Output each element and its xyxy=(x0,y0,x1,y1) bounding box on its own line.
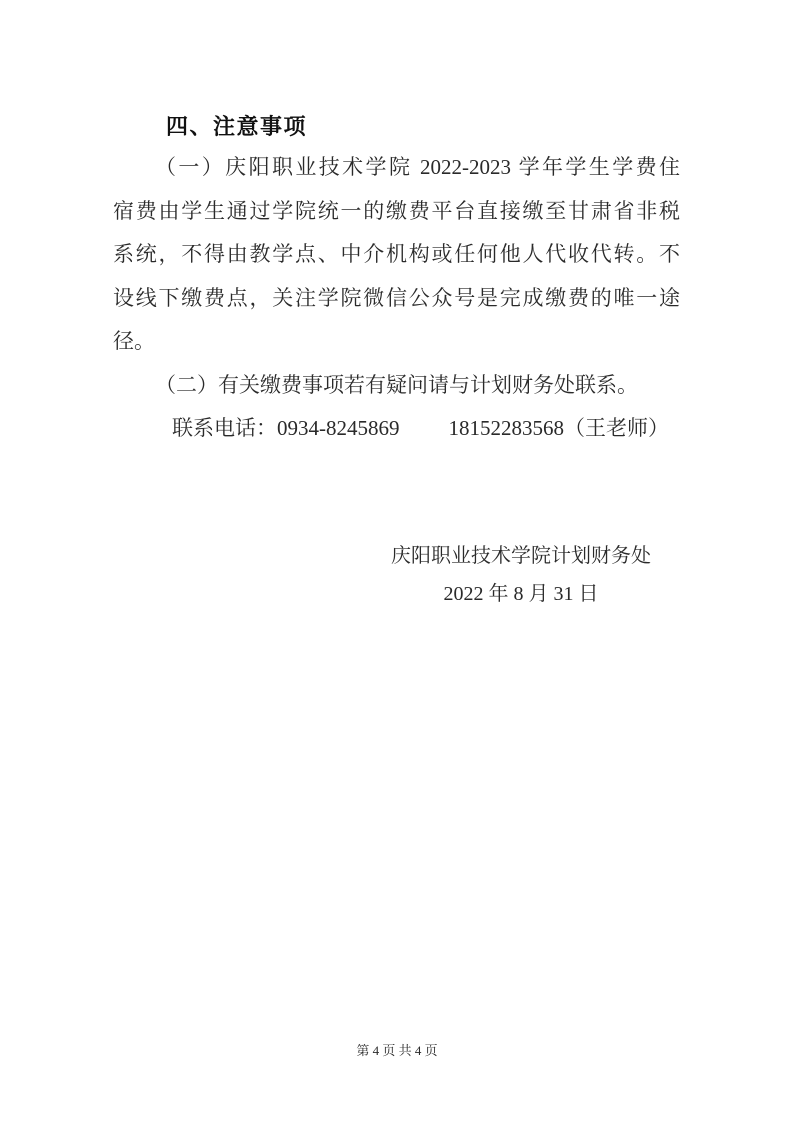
paragraph-line: 径。 xyxy=(113,320,680,364)
contact-line: 联系电话：0934-824586918152283568（王老师） xyxy=(113,407,680,451)
signature-org: 庆阳职业技术学院计划财务处 xyxy=(391,537,651,575)
signature-date: 2022 年 8 月 31 日 xyxy=(391,575,651,613)
paragraph-line: 系统，不得由教学点、中介机构或任何他人代收代转。不 xyxy=(113,233,680,277)
page-number: 第 4 页 共 4 页 xyxy=(0,1040,794,1059)
signature-block: 庆阳职业技术学院计划财务处 2022 年 8 月 31 日 xyxy=(391,537,651,613)
document-page: 四、注意事项 （一）庆阳职业技术学院 2022-2023 学年学生学费住 宿费由… xyxy=(0,0,794,1123)
paragraph-line: （一）庆阳职业技术学院 2022-2023 学年学生学费住 xyxy=(113,146,680,190)
contact-phone-2: 18152283568（王老师） xyxy=(449,416,670,440)
body-text-block: （一）庆阳职业技术学院 2022-2023 学年学生学费住 宿费由学生通过学院统… xyxy=(113,146,680,451)
contact-label: 联系电话： xyxy=(172,416,277,440)
paragraph-line: 宿费由学生通过学院统一的缴费平台直接缴至甘肃省非税 xyxy=(113,190,680,234)
paragraph-line: 设线下缴费点，关注学院微信公众号是完成缴费的唯一途 xyxy=(113,277,680,321)
section-heading: 四、注意事项 xyxy=(166,110,307,141)
paragraph-line: （二）有关缴费事项若有疑问请与计划财务处联系。 xyxy=(113,364,680,408)
contact-phone-1: 0934-8245869 xyxy=(277,416,400,440)
